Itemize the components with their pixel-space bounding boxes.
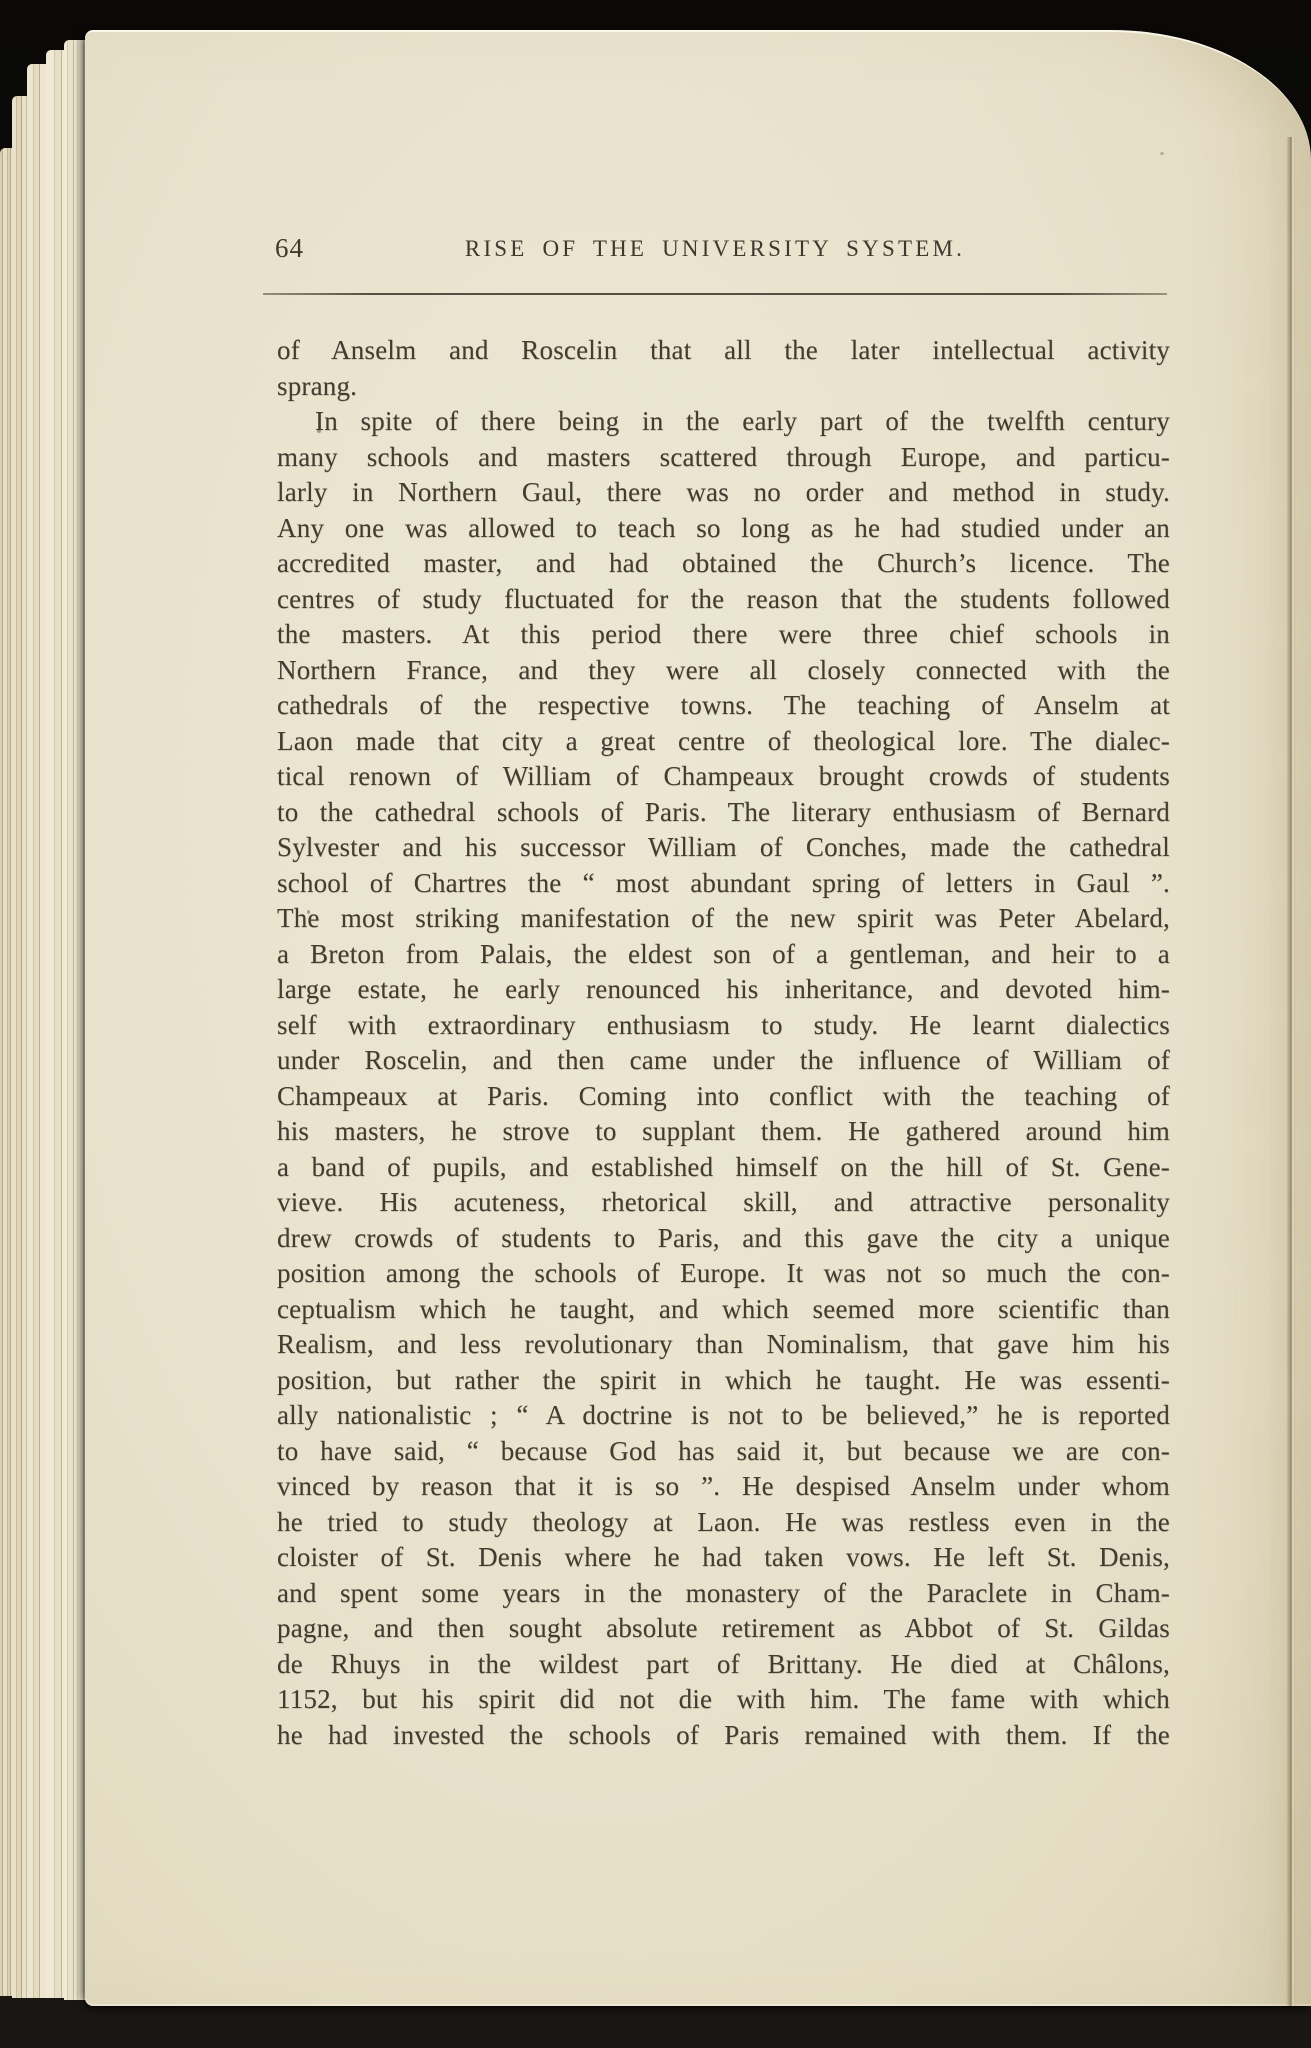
text-line: he tried to study theology at Laon. He w…	[277, 1505, 1170, 1541]
text-line: Northern France, and they were all close…	[277, 653, 1170, 689]
text-line: accredited master, and had obtained the …	[277, 546, 1170, 582]
text-line: pagne, and then sought absolute retireme…	[277, 1611, 1170, 1647]
text-line: position, but rather the spirit in which…	[277, 1363, 1170, 1399]
text-line: the masters. At this period there were t…	[277, 617, 1170, 653]
text-line: sprang.	[277, 369, 1170, 405]
text-line: ally nationalistic ; “ A doctrine is not…	[277, 1398, 1170, 1434]
text-line: ceptualism which he taught, and which se…	[277, 1292, 1170, 1328]
text-line: large estate, he early renounced his inh…	[277, 972, 1170, 1008]
text-line: Laon made that city a great centre of th…	[277, 724, 1170, 760]
running-head: RISE OF THE UNIVERSITY SYSTEM.	[263, 236, 1167, 262]
text-line: a Breton from Palais, the eldest son of …	[277, 937, 1170, 973]
text-line: he had invested the schools of Paris rem…	[277, 1718, 1170, 1754]
text-line: In spite of there being in the early par…	[277, 404, 1170, 440]
text-line: cathedrals of the respective towns. The …	[277, 688, 1170, 724]
text-line: vieve. His acuteness, rhetorical skill, …	[277, 1185, 1170, 1221]
text-line: Sylvester and his successor William of C…	[277, 830, 1170, 866]
header-rule	[263, 293, 1167, 295]
text-line: vinced by reason that it is so ”. He des…	[277, 1469, 1170, 1505]
text-line: Realism, and less revolutionary than Nom…	[277, 1327, 1170, 1363]
text-line: many schools and masters scattered throu…	[277, 440, 1170, 476]
text-line: drew crowds of students to Paris, and th…	[277, 1221, 1170, 1257]
text-line: larly in Northern Gaul, there was no ord…	[277, 475, 1170, 511]
text-line: school of Chartres the “ most abundant s…	[277, 866, 1170, 902]
binding-crease	[1286, 137, 1295, 2006]
text-line: to have said, “ because God has said it,…	[277, 1434, 1170, 1470]
text-line: de Rhuys in the wildest part of Brittany…	[277, 1647, 1170, 1683]
text-line: The most striking manifestation of the n…	[277, 901, 1170, 937]
text-line: a band of pupils, and established himsel…	[277, 1150, 1170, 1186]
text-line: Champeaux at Paris. Coming into conflict…	[277, 1079, 1170, 1115]
book-page: 64 RISE OF THE UNIVERSITY SYSTEM. of Ans…	[85, 30, 1311, 2006]
scanned-book-spread: 64 RISE OF THE UNIVERSITY SYSTEM. of Ans…	[0, 0, 1311, 2048]
text-line: tical renown of William of Champeaux bro…	[277, 759, 1170, 795]
text-line: cloister of St. Denis where he had taken…	[277, 1540, 1170, 1576]
text-line: under Roscelin, and then came under the …	[277, 1043, 1170, 1079]
text-line: Any one was allowed to teach so long as …	[277, 511, 1170, 547]
text-line: of Anselm and Roscelin that all the late…	[277, 333, 1170, 369]
body-text: of Anselm and Roscelin that all the late…	[277, 333, 1170, 1753]
text-line: his masters, he strove to supplant them.…	[277, 1114, 1170, 1150]
text-line: to the cathedral schools of Paris. The l…	[277, 795, 1170, 831]
text-line: and spent some years in the monastery of…	[277, 1576, 1170, 1612]
text-line: 1152, but his spirit did not die with hi…	[277, 1682, 1170, 1718]
text-line: position among the schools of Europe. It…	[277, 1256, 1170, 1292]
paper-speck	[1160, 152, 1164, 155]
text-line: centres of study fluctuated for the reas…	[277, 582, 1170, 618]
text-line: self with extraordinary enthusiasm to st…	[277, 1008, 1170, 1044]
